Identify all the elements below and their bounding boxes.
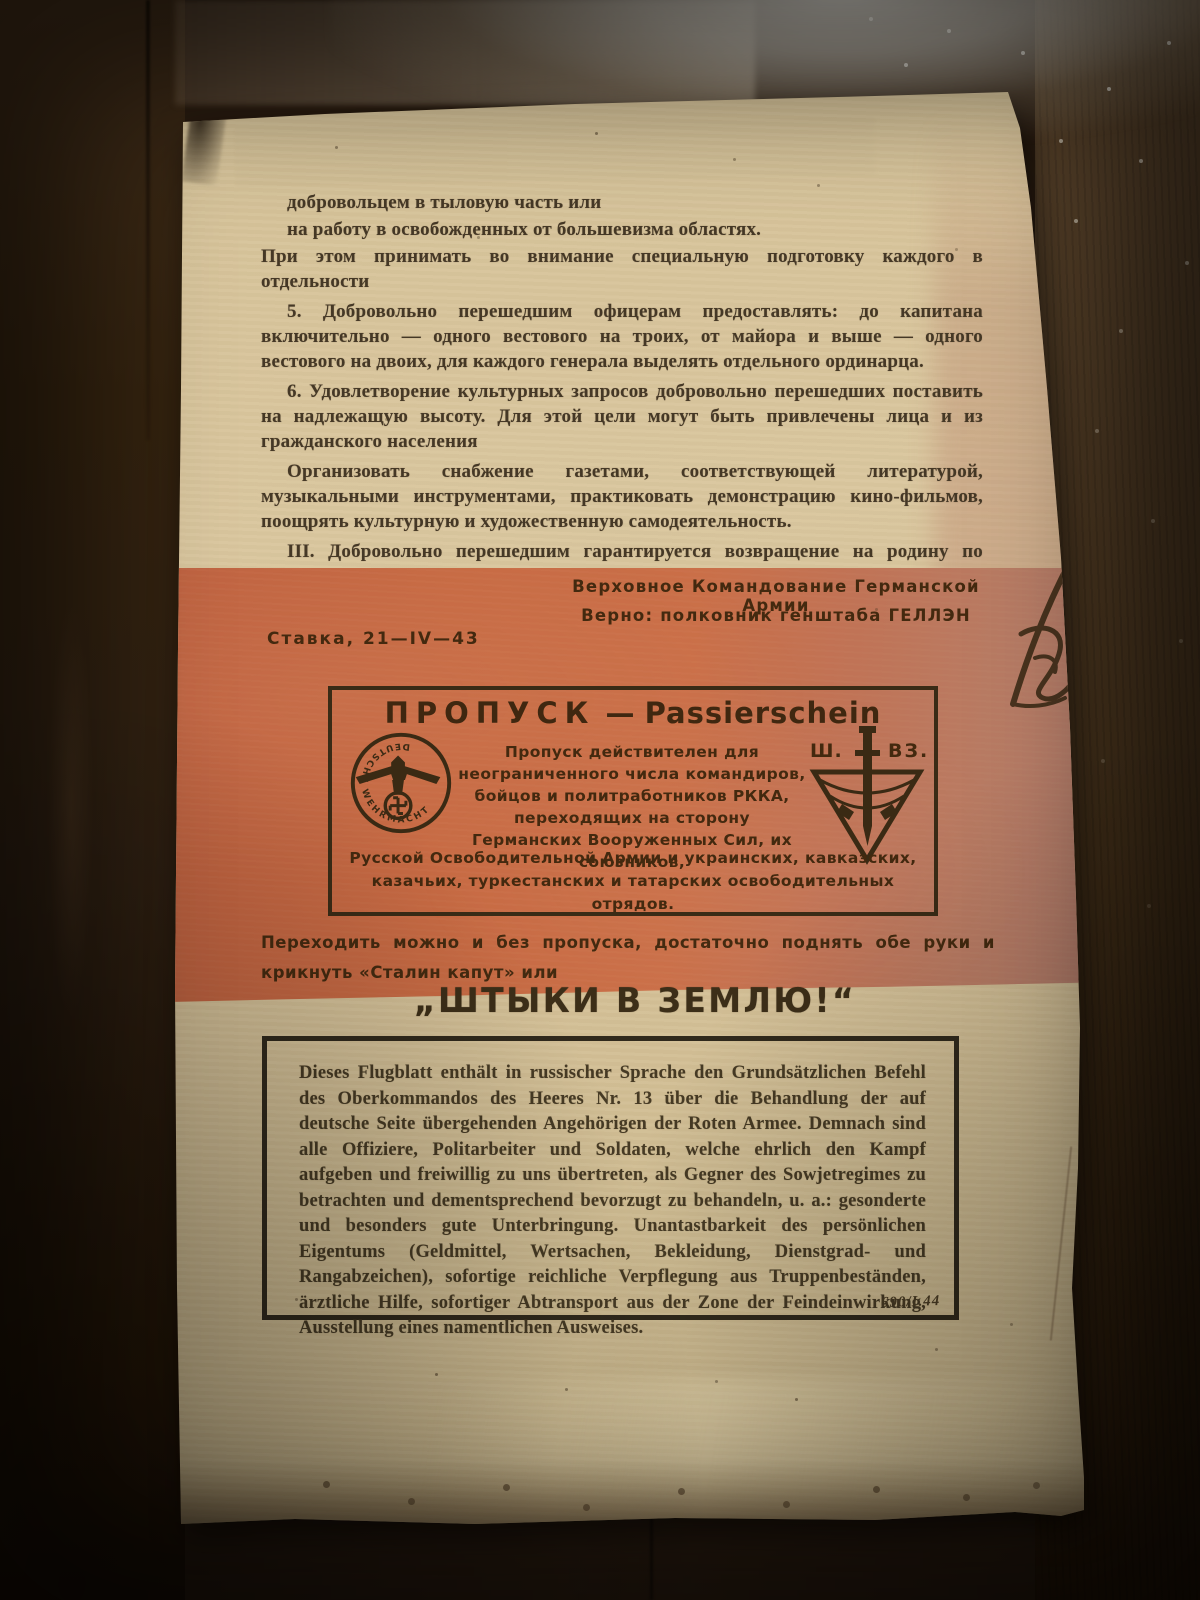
photo-of-leaflet: добровольцем в тыловую часть или на рабо… (0, 0, 1200, 1600)
table-plank-seam (146, 0, 150, 440)
crossing-instruction: Переходить можно и без пропуска, достато… (261, 928, 995, 988)
signature-scribble (917, 526, 1090, 726)
pass-title-dash: — (595, 696, 644, 730)
slogan-bayonets-into-earth: „ШТЫКИ В ЗЕМЛЮ!“ (247, 981, 1023, 1021)
order-paragraph: 5. Добровольно перешедшим офицерам предо… (261, 299, 983, 374)
order-paragraph: 6. Удовлетворение культурных запросов до… (261, 379, 983, 454)
print-code: 690/I.44 (881, 1293, 941, 1312)
order-paragraph: добровольцем в тыловую часть или (261, 190, 983, 215)
paper-bottom-grime (175, 1460, 1090, 1524)
bayonet-emblem-right-label: ВЗ. (888, 740, 929, 762)
place-date-line: Ставка, 21—IV—43 (267, 629, 480, 649)
wehrmacht-eagle-icon: DEUTSCHE WEHRMACHT (342, 722, 460, 844)
order-paragraph: При этом принимать во внимание специальн… (261, 244, 983, 294)
order-paragraph: на работу в освобожденных от большевизма… (261, 217, 983, 242)
german-explanation-box: Dieses Flugblatt enthält in russischer S… (262, 1036, 959, 1320)
pass-title-german: Passierschein (645, 696, 882, 730)
order-paragraph: Организовать снабжение газетами, соответ… (261, 459, 983, 534)
table-dust-flecks (0, 0, 2, 2)
leaflet-paper: добровольцем в тыловую часть или на рабо… (175, 88, 1090, 1530)
table-surface-left (0, 0, 185, 1600)
order-text-block: добровольцем в тыловую часть или на рабо… (261, 190, 983, 594)
passierschein-box: ПРОПУСК — Passierschein DEUTSCHE WEHRMAC… (328, 686, 938, 916)
bayonet-emblem-left-label: Ш. (810, 740, 843, 762)
leaflet-paper-sheet: добровольцем в тыловую часть или на рабо… (175, 88, 1090, 1530)
paper-specks (175, 88, 178, 91)
pass-body-text-wide: Русской Освободительной Армии и украинск… (340, 847, 926, 916)
